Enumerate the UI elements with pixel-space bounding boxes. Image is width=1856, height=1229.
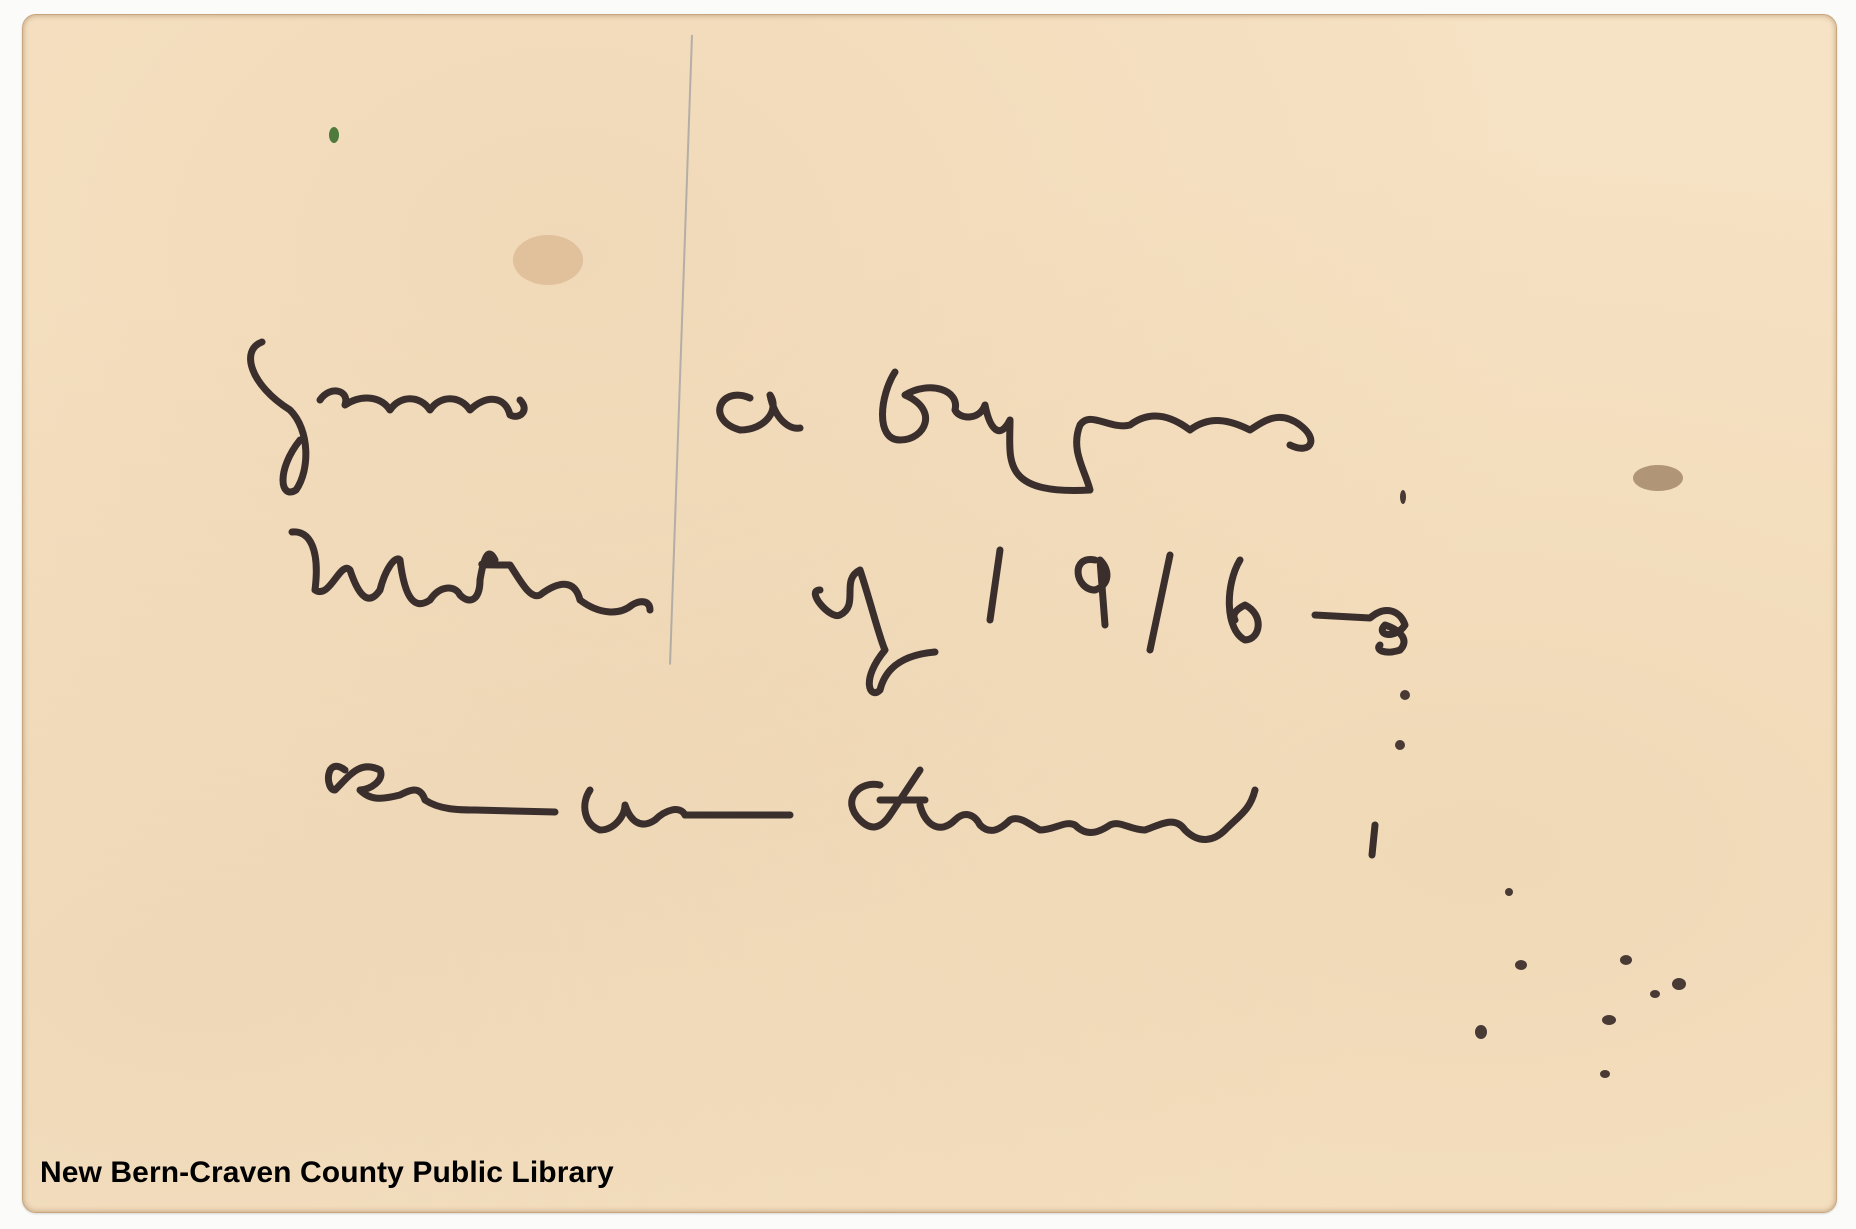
ink-splatter — [1505, 888, 1513, 896]
ink-splatter — [1475, 1025, 1487, 1039]
ink-splatter — [1600, 1070, 1610, 1078]
ink-splatter — [1672, 978, 1686, 990]
library-credit: New Bern-Craven County Public Library — [40, 1156, 614, 1190]
handwriting — [0, 0, 1856, 1229]
ink-splatter — [1400, 490, 1406, 504]
ink-splatter — [1602, 1015, 1616, 1025]
ink-splatter — [1620, 955, 1632, 965]
ink-splatter — [1515, 960, 1527, 970]
ink-splatter — [1650, 990, 1660, 998]
ink-splatter — [1395, 740, 1405, 750]
ink-splatter — [1400, 690, 1410, 700]
